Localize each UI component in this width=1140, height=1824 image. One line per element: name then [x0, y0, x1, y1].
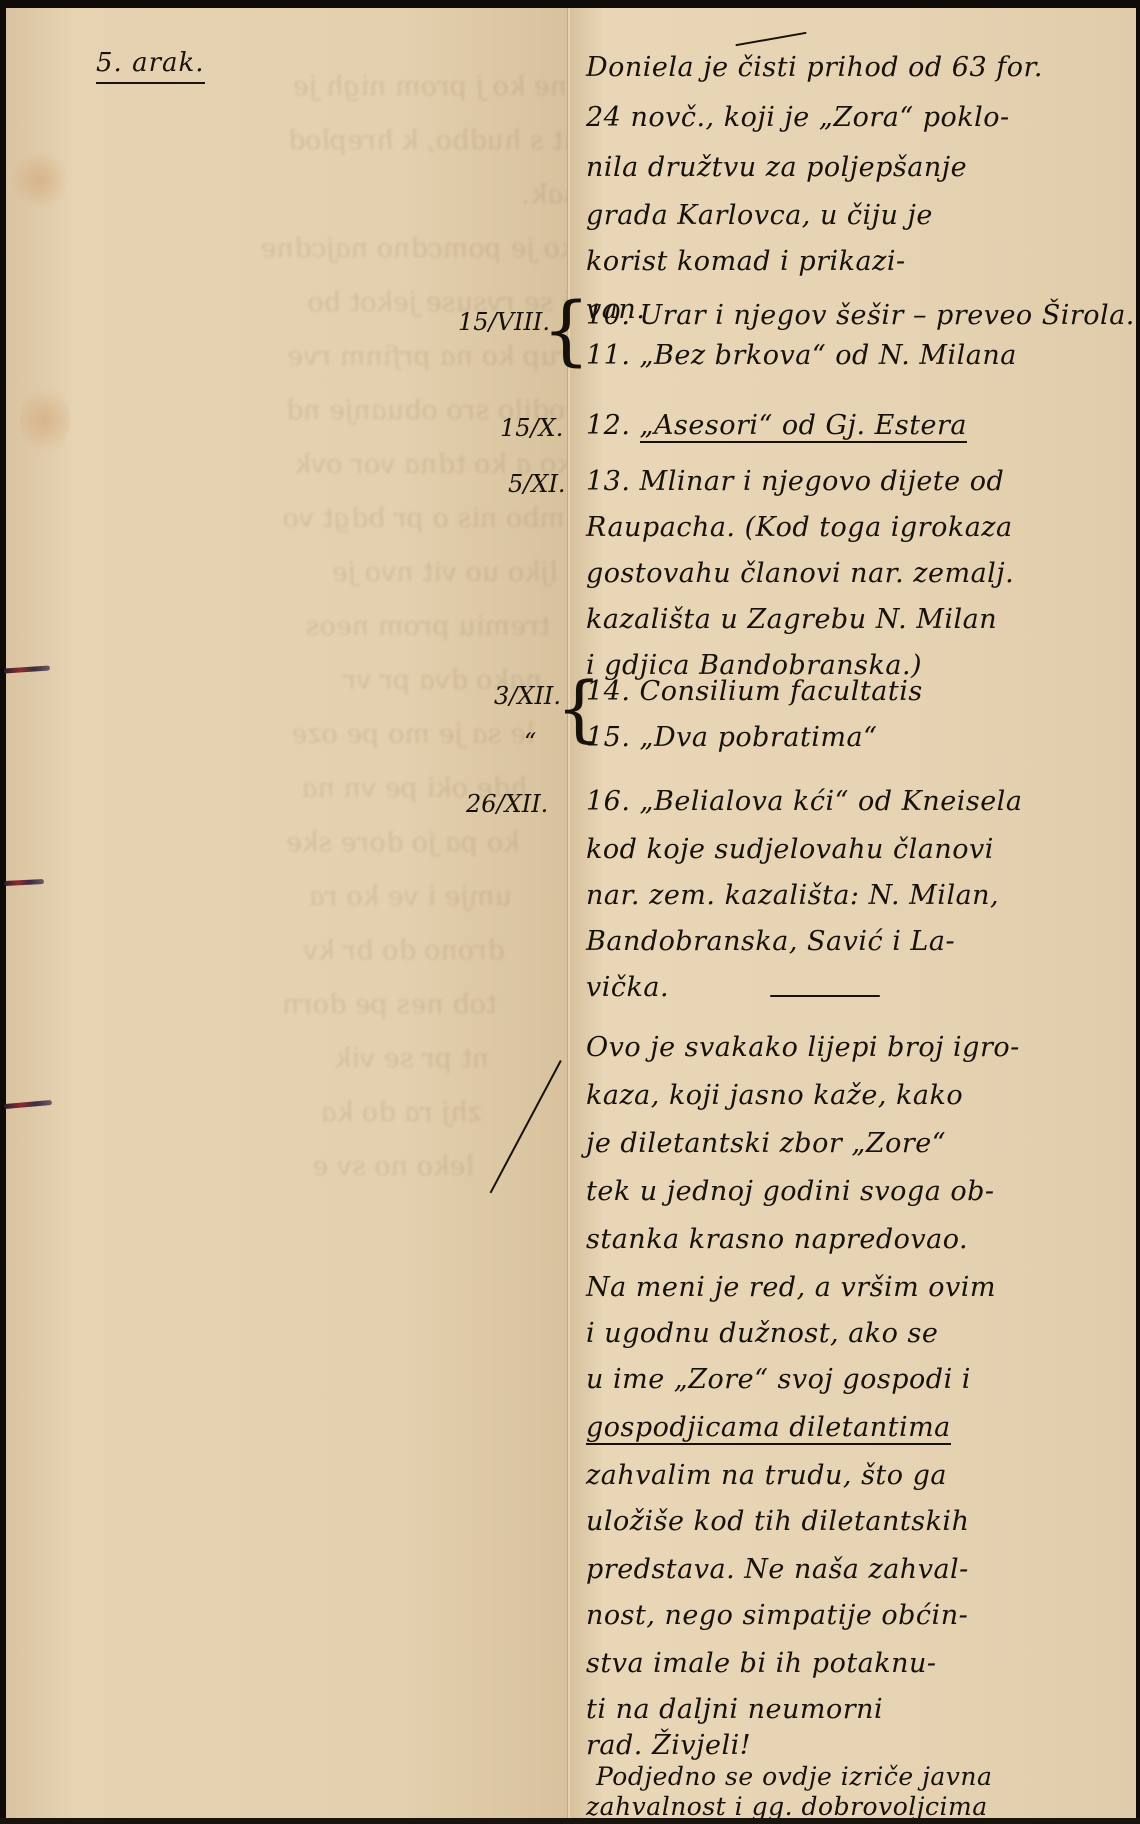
performance-entry: 11. „Bez brkova“ od N. Milana [586, 340, 1017, 371]
performance-entry: 10. Urar i njegov šešir – preveo Širola. [586, 300, 1135, 331]
text-line: Doniela je čisti prihod od 63 for. [586, 52, 1043, 83]
performance-date: 15/VIII. [458, 308, 550, 336]
text-line: predstava. Ne naša zahval- [586, 1554, 969, 1585]
performance-number: 11. [586, 340, 630, 371]
performance-entry: 15. „Dva pobratima“ [586, 722, 877, 753]
text-line: nila družtvu za poljepšanje [586, 152, 967, 183]
performance-number: 16. [586, 786, 630, 817]
performance-date: 15/X. [500, 414, 563, 442]
text-line: gospodjicama diletantima [586, 1412, 951, 1443]
text-line: uložiše kod tih diletantskih [586, 1506, 969, 1537]
section-divider [770, 995, 880, 997]
performance-title: „Asesori“ od Gj. Estera [640, 410, 967, 443]
performance-entry: 14. Consilium facultatis [586, 676, 923, 707]
text-line: korist komad i prikazi- [586, 246, 906, 277]
performance-date: 3/XII. [494, 682, 561, 710]
text-line: stva imale bi ih potaknu- [586, 1648, 937, 1679]
performance-title: Mlinar i njegovo dijete od [640, 466, 1005, 497]
text-line: grada Karlovca, u čiju je [586, 200, 933, 231]
text-line: rad. Živjeli! [586, 1730, 751, 1761]
performance-title: „Belialova kći“ od Kneisela [640, 786, 1023, 817]
text-line: tek u jednoj godini svoga ob- [586, 1176, 995, 1207]
performance-title: Consilium facultatis [640, 676, 923, 707]
performance-number: 12. [586, 410, 630, 441]
text-line: gostovahu članovi nar. zemalj. [586, 558, 1014, 589]
performance-date: 26/XII. [466, 790, 548, 818]
text-line: u ime „Zore“ svoj gospodi i [586, 1364, 971, 1395]
text-line: i ugodnu dužnost, ako se [586, 1318, 938, 1349]
text-line: Bandobranska, Savić i La- [586, 926, 955, 957]
text-line: nost, nego simpatije obćin- [586, 1600, 968, 1631]
performance-number: 13. [586, 466, 630, 497]
text-line: 24 novč., koji je „Zora“ poklo- [586, 102, 1010, 133]
text-emphasis-underlined: gospodjicama diletantima [586, 1412, 951, 1445]
performance-title: „Bez brkova“ od N. Milana [640, 340, 1017, 371]
text-line: Na meni je red, a vršim ovim [586, 1272, 996, 1303]
scan-border-top [0, 0, 1140, 8]
performance-entry: 16. „Belialova kći“ od Kneisela [586, 786, 1022, 817]
scan-border-right [1136, 0, 1140, 1824]
performance-number: 14. [586, 676, 630, 707]
text-line: je diletantski zbor „Zore“ [586, 1128, 946, 1159]
text-line: Podjedno se ovdje izriče javna [596, 1762, 992, 1791]
performance-entry: 13. Mlinar i njegovo dijete od [586, 466, 1004, 497]
performance-entry: 12. „Asesori“ od Gj. Estera [586, 410, 967, 441]
performance-date: 5/XI. [508, 470, 566, 498]
text-line: kazališta u Zagrebu N. Milan [586, 604, 997, 635]
text-line: zahvalnost i gg. dobrovoljcima [586, 1792, 988, 1821]
text-line: Raupacha. (Kod toga igrokaza [586, 512, 1013, 543]
text-line: kaza, koji jasno kaže, kako [586, 1080, 963, 1111]
performance-title: „Dva pobratima“ [640, 722, 878, 753]
text-line: ti na daljni neumorni [586, 1694, 883, 1725]
right-page [567, 8, 1138, 1818]
text-line: Ovo je svakako lijepi broj igro- [586, 1032, 1020, 1063]
text-line: zahvalim na trudu, što ga [586, 1460, 947, 1491]
performance-number: 15. [586, 722, 630, 753]
performance-number: 10. [586, 300, 630, 331]
paper-stain [10, 150, 70, 210]
text-line: kod koje sudjelovahu članovi [586, 834, 994, 865]
grouping-brace: { [542, 292, 590, 368]
performance-title: Urar i njegov šešir – preveo Širola. [640, 300, 1135, 331]
scan-border-bottom [0, 1818, 1140, 1824]
text-line: vička. [586, 972, 669, 1003]
sheet-number-heading: 5. arak. [96, 48, 205, 84]
page-fold [568, 8, 570, 1818]
ditto-mark: “ [524, 728, 536, 756]
text-line: nar. zem. kazališta: N. Milan, [586, 880, 999, 911]
text-line: stanka krasno napredovao. [586, 1224, 968, 1255]
